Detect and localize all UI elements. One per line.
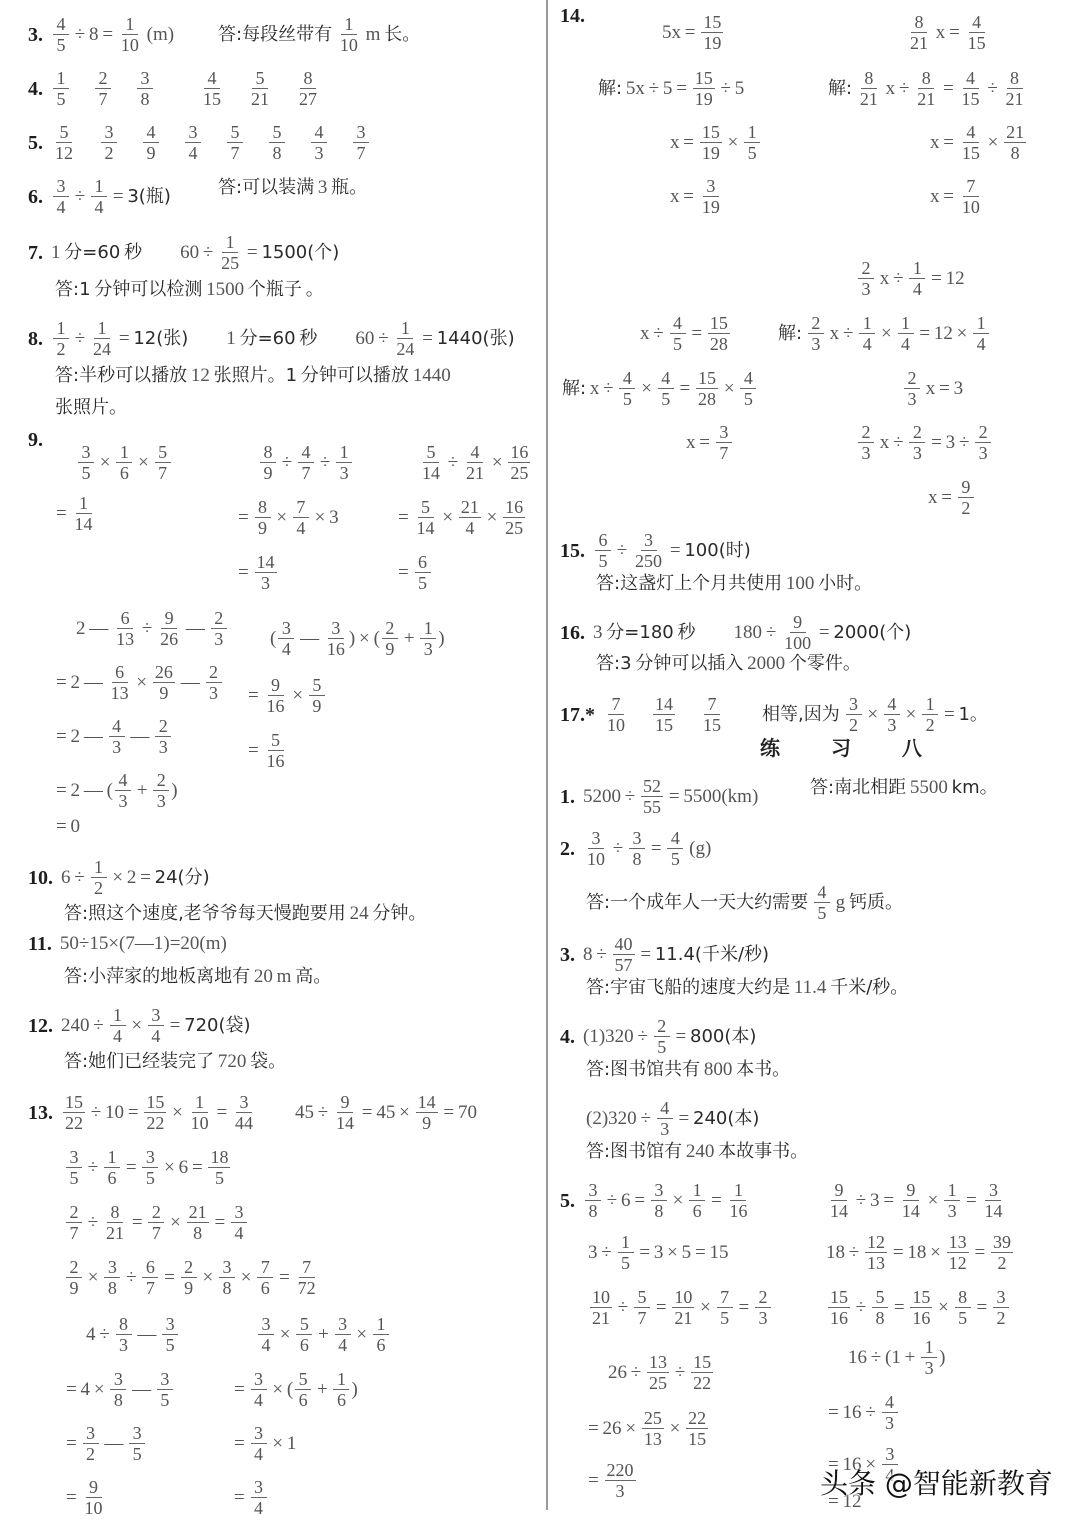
- q10-answer: 答:照这个速度,老爷爷每天慢跑要用 24 分钟。: [64, 902, 426, 926]
- fraction: 1522: [63, 1092, 85, 1133]
- q9-col5-line: (34 — 316) × (29 + 13): [270, 618, 445, 659]
- fraction: 4057: [613, 934, 635, 975]
- question-number: 13.: [28, 1101, 53, 1125]
- question-number: 5.: [560, 1189, 575, 1213]
- question-number: 16.: [560, 621, 585, 645]
- q10-expression: 10.6 ÷ 12 × 2 = 24(分): [28, 857, 210, 898]
- fraction: 1528: [696, 368, 718, 409]
- fraction: 1625: [503, 497, 525, 538]
- question-number: 4.: [28, 77, 43, 101]
- q14a-line: 解: 5x ÷ 5 = 1519 ÷ 5: [598, 68, 744, 109]
- fraction: 821: [915, 68, 937, 109]
- q17-answer: 相等,因为 32 × 43 × 12 = 1。: [762, 694, 988, 735]
- fraction: 13: [944, 1180, 960, 1221]
- fraction: 1312: [947, 1232, 969, 1273]
- fraction: 57: [155, 442, 171, 483]
- fraction: 83: [116, 1314, 132, 1355]
- fraction: 23: [909, 422, 925, 463]
- ex8-q5-col1-line: = 26 × 2513 × 2215: [588, 1408, 710, 1449]
- q9-col5-line: = 516: [248, 730, 289, 771]
- fraction: 32: [101, 122, 117, 163]
- question-number: 8.: [28, 327, 43, 351]
- fraction: 12: [922, 694, 938, 735]
- fraction: 14: [973, 313, 989, 354]
- fraction: 34: [231, 1202, 247, 1243]
- q17-fractions: 17.*7101415715: [560, 694, 725, 735]
- ex8-q5-line: 5.38 ÷ 6 = 38 × 16 = 116: [560, 1180, 751, 1221]
- column-divider: [546, 0, 548, 1510]
- q9-col1-line: = 114: [56, 493, 97, 534]
- fraction: 319: [700, 176, 722, 217]
- fraction: 218: [1004, 122, 1026, 163]
- fraction: 269: [153, 662, 175, 703]
- fraction: 715: [701, 694, 723, 735]
- q8-answer-line2: 张照片。: [55, 396, 127, 420]
- q9-col4-line: = 0: [56, 815, 80, 839]
- fraction: 35: [162, 1314, 178, 1355]
- q9-col4-line: 2 — 613 ÷ 926 — 23: [76, 608, 229, 649]
- fraction: 512: [53, 122, 75, 163]
- ex8-q5-col2-line: = 16 ÷ 43: [828, 1392, 900, 1433]
- question-number: 7.: [28, 241, 43, 265]
- q13-col2-line: = 34 × 1: [234, 1423, 296, 1464]
- q15-expression: 15.65 ÷ 3250 = 100(时): [560, 530, 751, 571]
- q4-fractions: 4.152738415521827: [28, 68, 321, 109]
- fraction: 29: [382, 618, 398, 659]
- q9-col3-line: = 514 × 214 × 1625: [398, 497, 527, 538]
- q13-line: 35 ÷ 16 = 35 × 6 = 185: [64, 1147, 232, 1188]
- fraction: 23: [206, 662, 222, 703]
- q14d-line: 23 x = 3: [902, 368, 963, 409]
- fraction: 613: [114, 608, 136, 649]
- fraction: 16: [333, 1369, 349, 1410]
- q14a-line: 5x = 1519: [662, 12, 725, 53]
- ex8-q4-answer-1: 答:图书馆共有 800 本书。: [586, 1058, 790, 1082]
- ex8-q5-col1-line: = 2203: [588, 1460, 638, 1501]
- fraction: 344: [233, 1092, 255, 1133]
- fraction: 218: [187, 1202, 209, 1243]
- fraction: 85: [955, 1287, 971, 1328]
- fraction: 2215: [686, 1408, 708, 1449]
- q14a-line: x = 319: [670, 176, 724, 217]
- fraction: 34: [335, 1314, 351, 1355]
- ex8-q5-line: 1516 ÷ 58 = 1516 × 85 = 32: [826, 1287, 1011, 1328]
- fraction: 27: [95, 68, 111, 109]
- q9-col1-line: 35 × 16 × 57: [76, 442, 173, 483]
- fraction: 38: [219, 1257, 235, 1298]
- q14d-line: 解: 23 x ÷ 14 × 14 = 12 × 14: [778, 313, 991, 354]
- fraction: 772: [296, 1257, 318, 1298]
- fraction: 43: [657, 1098, 673, 1139]
- fraction: 34: [148, 1005, 164, 1046]
- question-number: 6.: [28, 185, 43, 209]
- fraction: 316: [325, 618, 347, 659]
- q14c-line: 解: x ÷ 45 × 45 = 1528 × 45: [562, 368, 758, 409]
- fraction: 23: [975, 422, 991, 463]
- fraction: 2203: [605, 1460, 636, 1501]
- q9-col3-line: = 65: [398, 552, 433, 593]
- fraction: 89: [255, 497, 271, 538]
- fraction: 1522: [691, 1352, 713, 1393]
- fraction: 43: [109, 716, 125, 757]
- fraction: 514: [415, 497, 437, 538]
- ex8-q2-expression: 2.310 ÷ 38 = 45 (g): [560, 828, 711, 869]
- fraction: 29: [181, 1257, 197, 1298]
- q13-col2-line: 34 × 56 + 34 × 16: [256, 1314, 391, 1355]
- fraction: 821: [104, 1202, 126, 1243]
- q16-expression: 16.3 分=180 秒 180 ÷ 9100 = 2000(个): [560, 612, 911, 653]
- section-title: 练 习 八: [760, 732, 944, 761]
- fraction: 43: [311, 122, 327, 163]
- q6-expression: 6.34 ÷ 14 = 3(瓶): [28, 176, 171, 217]
- fraction: 13: [336, 442, 352, 483]
- fraction: 45: [740, 368, 756, 409]
- q5-fractions: 5.51232493457584337: [28, 122, 371, 163]
- q14c-line: x = 37: [686, 422, 734, 463]
- ex8-q5-col1-line: 26 ÷ 1325 ÷ 1522: [608, 1352, 715, 1393]
- fraction: 27: [66, 1202, 82, 1243]
- fraction: 14: [898, 313, 914, 354]
- fraction: 514: [420, 442, 442, 483]
- fraction: 35: [157, 1369, 173, 1410]
- fraction: 56: [295, 1369, 311, 1410]
- fraction: 23: [755, 1287, 771, 1328]
- fraction: 926: [158, 608, 180, 649]
- fraction: 1519: [700, 122, 722, 163]
- ex8-q1-answer: 答:南北相距 5500 km。: [810, 776, 998, 800]
- fraction: 43: [884, 694, 900, 735]
- q8-answer-line1: 答:半秒可以播放 12 张照片。1 分钟可以播放 1440: [55, 364, 451, 388]
- fraction: 47: [298, 442, 314, 483]
- fraction: 314: [982, 1180, 1004, 1221]
- fraction: 2513: [642, 1408, 664, 1449]
- fraction: 415: [201, 68, 223, 109]
- fraction: 1021: [672, 1287, 694, 1328]
- fraction: 57: [634, 1287, 650, 1328]
- fraction: 57: [227, 122, 243, 163]
- q14d-line: 23 x ÷ 14 = 12: [856, 258, 965, 299]
- ex8-q1-expression: 1.5200 ÷ 5255 = 5500(km): [560, 776, 758, 817]
- fraction: 185: [208, 1147, 230, 1188]
- fraction: 16: [373, 1314, 389, 1355]
- ex8-q4-expression-1: 4.(1)320 ÷ 25 = 800(本): [560, 1016, 756, 1057]
- fraction: 23: [153, 770, 169, 811]
- fraction: 38: [585, 1180, 601, 1221]
- fraction: 1415: [653, 694, 675, 735]
- fraction: 910: [83, 1477, 105, 1518]
- q13-line: 29 × 38 ÷ 67 = 29 × 38 × 76 = 772: [64, 1257, 320, 1298]
- fraction: 56: [296, 1314, 312, 1355]
- question-number: 1.: [560, 785, 575, 809]
- fraction: 23: [858, 422, 874, 463]
- fraction: 214: [459, 497, 481, 538]
- fraction: 914: [828, 1180, 850, 1221]
- fraction: 1519: [693, 68, 715, 109]
- q11-answer: 答:小萍家的地板离地有 20 m 高。: [64, 965, 331, 989]
- fraction: 65: [415, 552, 431, 593]
- q13-col1-line: = 32 — 35: [66, 1423, 147, 1464]
- question-number: 4.: [560, 1025, 575, 1049]
- fraction: 29: [66, 1257, 82, 1298]
- question-number: 11.: [28, 932, 52, 956]
- q13-col2-line: = 34: [234, 1477, 269, 1518]
- question-number: 3.: [560, 943, 575, 967]
- fraction: 613: [109, 662, 131, 703]
- question-number: 3.: [28, 23, 43, 47]
- fraction: 516: [265, 730, 287, 771]
- fraction: 15: [744, 122, 760, 163]
- q7-expression: 7.1 分=60 秒 60 ÷ 125 = 1500(个): [28, 232, 339, 273]
- fraction: 25: [654, 1016, 670, 1057]
- fraction: 124: [91, 318, 113, 359]
- fraction: 27: [148, 1202, 164, 1243]
- fraction: 5255: [641, 776, 663, 817]
- fraction: 23: [808, 313, 824, 354]
- fraction: 45: [658, 368, 674, 409]
- fraction: 58: [872, 1287, 888, 1328]
- q9-col3-line: 514 ÷ 421 × 1625: [418, 442, 532, 483]
- ex8-q4-answer-2: 答:图书馆有 240 本故事书。: [586, 1140, 808, 1164]
- question-number: 2.: [560, 837, 575, 861]
- fraction: 149: [416, 1092, 438, 1133]
- fraction: 14: [859, 313, 875, 354]
- fraction: 23: [904, 368, 920, 409]
- fraction: 1519: [701, 12, 723, 53]
- fraction: 914: [334, 1092, 356, 1133]
- q14-label: 14.: [560, 4, 593, 28]
- fraction: 124: [394, 318, 416, 359]
- fraction: 32: [993, 1287, 1009, 1328]
- watermark: 头条 @智能新教育: [820, 1462, 1053, 1502]
- fraction: 1516: [828, 1287, 850, 1328]
- fraction: 32: [846, 694, 862, 735]
- q11-expression: 11.50÷15×(7—1)=20(m): [28, 932, 227, 956]
- fraction: 45: [814, 882, 830, 923]
- q13-line: 13.1522 ÷ 10 = 1522 × 110 = 344 45 ÷ 914…: [28, 1092, 477, 1133]
- ex8-q5-line: 914 ÷ 3 = 914 × 13 = 314: [826, 1180, 1006, 1221]
- fraction: 3250: [633, 530, 664, 571]
- ex8-q5-line: 18 ÷ 1213 = 18 × 1312 = 392: [826, 1232, 1015, 1273]
- fraction: 1516: [910, 1287, 932, 1328]
- q9-label: 9.: [28, 428, 51, 452]
- fraction: 37: [716, 422, 732, 463]
- fraction: 38: [137, 68, 153, 109]
- q14b-line: 821 x = 415: [906, 12, 990, 53]
- q16-answer: 答:3 分钟可以插入 2000 个零件。: [596, 652, 861, 676]
- fraction: 35: [66, 1147, 82, 1188]
- fraction: 110: [338, 14, 360, 55]
- fraction: 415: [960, 122, 982, 163]
- fraction: 9100: [782, 612, 813, 653]
- fraction: 35: [129, 1423, 145, 1464]
- fraction: 37: [353, 122, 369, 163]
- question-number: 5.: [28, 131, 43, 155]
- fraction: 116: [727, 1180, 749, 1221]
- q14b-line: x = 710: [930, 176, 984, 217]
- fraction: 12: [53, 318, 69, 359]
- fraction: 16: [689, 1180, 705, 1221]
- q9-col4-line: = 2 — 43 — 23: [56, 716, 173, 757]
- q14d-line: x = 92: [928, 477, 976, 518]
- fraction: 32: [83, 1423, 99, 1464]
- q14c-line: x ÷ 45 = 1528: [640, 313, 732, 354]
- fraction: 110: [119, 14, 141, 55]
- fraction: 34: [251, 1423, 267, 1464]
- fraction: 34: [278, 618, 294, 659]
- q13-col1-line: = 4 × 38 — 35: [66, 1369, 175, 1410]
- q14a-line: x = 1519 × 15: [670, 122, 762, 163]
- fraction: 821: [858, 68, 880, 109]
- fraction: 392: [991, 1232, 1013, 1273]
- fraction: 1021: [590, 1287, 612, 1328]
- fraction: 15: [53, 68, 69, 109]
- fraction: 92: [958, 477, 974, 518]
- fraction: 38: [110, 1369, 126, 1410]
- fraction: 45: [53, 14, 69, 55]
- q7-answer: 答:1 分钟可以检测 1500 个瓶子 。: [55, 278, 324, 302]
- fraction: 914: [900, 1180, 922, 1221]
- q14d-line: 23 x ÷ 23 = 3 ÷ 23: [856, 422, 993, 463]
- fraction: 35: [78, 442, 94, 483]
- fraction: 143: [255, 552, 277, 593]
- fraction: 23: [858, 258, 874, 299]
- question-number: 17.*: [560, 703, 595, 727]
- q9-col5-line: = 916 × 59: [248, 675, 327, 716]
- fraction: 35: [142, 1147, 158, 1188]
- fraction: 23: [155, 716, 171, 757]
- ex8-q3-expression: 3.8 ÷ 4057 = 11.4(千米/秒): [560, 934, 769, 975]
- q3-expression: 3.45 ÷ 8 = 110 (m): [28, 14, 174, 55]
- fraction: 916: [265, 675, 287, 716]
- fraction: 23: [211, 608, 227, 649]
- fraction: 43: [115, 770, 131, 811]
- question-number: 10.: [28, 866, 53, 890]
- q9-col2-line: = 143: [238, 552, 279, 593]
- fraction: 114: [73, 493, 95, 534]
- fraction: 310: [585, 828, 607, 869]
- fraction: 45: [619, 368, 635, 409]
- q14b-line: 解: 821 x ÷ 821 = 415 ÷ 821: [828, 68, 1028, 109]
- fraction: 38: [651, 1180, 667, 1221]
- fraction: 1625: [508, 442, 530, 483]
- q14b-line: x = 415 × 218: [930, 122, 1028, 163]
- fraction: 13: [420, 618, 436, 659]
- fraction: 12: [91, 857, 107, 898]
- fraction: 1213: [865, 1232, 887, 1273]
- q9-col2-line: = 89 × 74 × 3: [238, 497, 339, 538]
- ex8-q3-answer: 答:宇宙飞船的速度大约是 11.4 千米/秒。: [586, 976, 908, 1000]
- fraction: 14: [91, 176, 107, 217]
- fraction: 34: [251, 1369, 267, 1410]
- fraction: 1528: [708, 313, 730, 354]
- fraction: 16: [104, 1147, 120, 1188]
- fraction: 821: [908, 12, 930, 53]
- fraction: 38: [629, 828, 645, 869]
- fraction: 14: [110, 1005, 126, 1046]
- fraction: 34: [258, 1314, 274, 1355]
- fraction: 45: [670, 313, 686, 354]
- question-number: 9.: [28, 428, 43, 452]
- q12-answer: 答:她们已经装完了 720 袋。: [64, 1050, 286, 1074]
- fraction: 59: [309, 675, 325, 716]
- q6-answer: 答:可以装满 3 瓶。: [218, 176, 367, 200]
- fraction: 421: [464, 442, 486, 483]
- ex8-q5-line: 1021 ÷ 57 = 1021 × 75 = 23: [588, 1287, 773, 1328]
- ex8-q5-col2-line: 16 ÷ (1 + 13): [848, 1337, 946, 1378]
- fraction: 49: [143, 122, 159, 163]
- fraction: 15: [618, 1232, 634, 1273]
- fraction: 710: [960, 176, 982, 217]
- fraction: 14: [909, 258, 925, 299]
- q13-col1-line: 4 ÷ 83 — 35: [86, 1314, 180, 1355]
- fraction: 16: [116, 442, 132, 483]
- question-number: 12.: [28, 1014, 53, 1038]
- fraction: 43: [882, 1392, 898, 1433]
- fraction: 415: [960, 68, 982, 109]
- q9-col4-line: = 2 — 613 × 269 — 23: [56, 662, 224, 703]
- q3-answer: 答:每段丝带有 110 m 长。: [218, 14, 420, 55]
- fraction: 38: [104, 1257, 120, 1298]
- ex8-q5-line: 3 ÷ 15 = 3 × 5 = 15: [588, 1232, 728, 1273]
- fraction: 521: [249, 68, 271, 109]
- q12-expression: 12.240 ÷ 14 × 34 = 720(袋): [28, 1005, 251, 1046]
- fraction: 34: [185, 122, 201, 163]
- fraction: 34: [53, 176, 69, 217]
- fraction: 89: [260, 442, 276, 483]
- question-number: 15.: [560, 539, 585, 563]
- q9-col4-line: = 2 — (43 + 23): [56, 770, 178, 811]
- fraction: 67: [142, 1257, 158, 1298]
- fraction: 75: [717, 1287, 733, 1328]
- fraction: 13: [921, 1337, 937, 1378]
- fraction: 45: [667, 828, 683, 869]
- fraction: 1325: [647, 1352, 669, 1393]
- fraction: 65: [595, 530, 611, 571]
- fraction: 125: [219, 232, 241, 273]
- question-number: 14.: [560, 4, 585, 28]
- fraction: 110: [189, 1092, 211, 1133]
- fraction: 415: [966, 12, 988, 53]
- fraction: 710: [605, 694, 627, 735]
- fraction: 76: [257, 1257, 273, 1298]
- q9-col2-line: 89 ÷ 47 ÷ 13: [258, 442, 354, 483]
- ex8-q2-answer: 答:一个成年人一天大约需要 45 g 钙质。: [586, 882, 903, 923]
- fraction: 1522: [144, 1092, 166, 1133]
- fraction: 821: [1004, 68, 1026, 109]
- fraction: 827: [297, 68, 319, 109]
- q8-expression: 8.12 ÷ 124 = 12(张) 1 分=60 秒 60 ÷ 124 = 1…: [28, 318, 515, 359]
- fraction: 34: [251, 1477, 267, 1518]
- ex8-q4-expression-2: (2)320 ÷ 43 = 240(本): [586, 1098, 759, 1139]
- q13-line: 27 ÷ 821 = 27 × 218 = 34: [64, 1202, 249, 1243]
- q13-col1-line: = 910: [66, 1477, 107, 1518]
- q13-col2-line: = 34 × (56 + 16): [234, 1369, 358, 1410]
- fraction: 74: [293, 497, 309, 538]
- fraction: 58: [269, 122, 285, 163]
- q15-answer: 答:这盏灯上个月共使用 100 小时。: [596, 572, 872, 596]
